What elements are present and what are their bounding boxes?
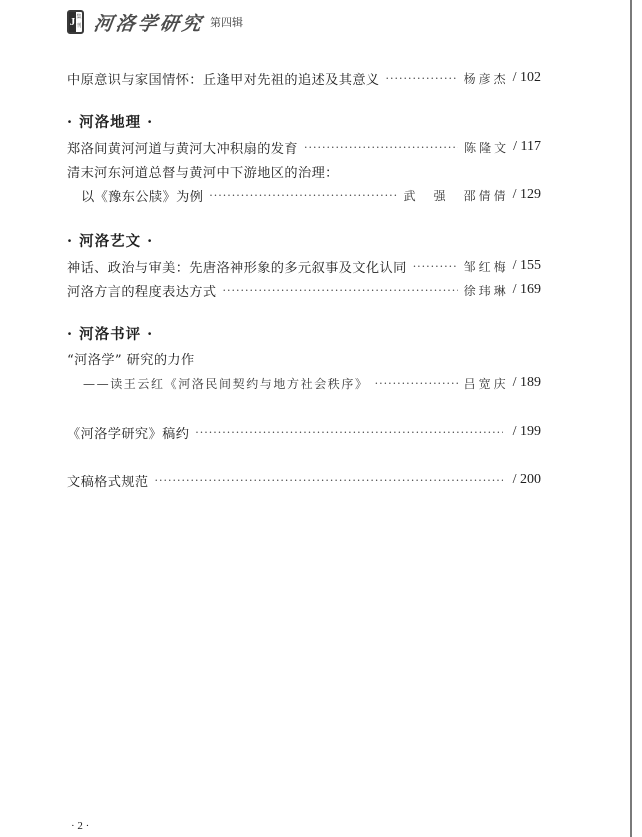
dot-leader bbox=[195, 426, 502, 439]
section-heading: · 河洛地理 · bbox=[67, 111, 153, 131]
entry-page: / 189 bbox=[513, 375, 541, 391]
toc-entry-continuation[interactable]: 以《豫东公牍》为例 武 强 邵倩倩 / 129 bbox=[67, 185, 541, 205]
dot-leader bbox=[155, 474, 503, 487]
entry-title: 郑洛间黄河河道与黄河大冲积扇的发育 bbox=[67, 138, 298, 157]
entry-title: 以《豫东公牍》为例 bbox=[81, 186, 203, 205]
page-edge-rule bbox=[630, 0, 632, 837]
toc-entry[interactable]: 清末河东河道总督与黄河中下游地区的治理： bbox=[67, 161, 541, 181]
entry-author: 邹红梅 bbox=[464, 258, 509, 275]
entry-author: 吕宽庆 bbox=[464, 375, 509, 392]
entry-page: / 102 bbox=[513, 70, 541, 86]
section-heading: · 河洛书评 · bbox=[67, 323, 153, 343]
dot-leader bbox=[304, 141, 458, 154]
entry-author: 徐玮琳 bbox=[464, 282, 509, 299]
toc-entry-format-spec[interactable]: 文稿格式规范 / 200 bbox=[67, 470, 541, 490]
toc-entry[interactable]: “河洛学” 研究的力作 bbox=[67, 348, 541, 368]
logo-sub-char: 刊 bbox=[76, 22, 81, 31]
entry-subtitle: ——读王云红《河洛民间契约与地方社会秩序》 bbox=[83, 375, 369, 392]
page-number: · 2 · bbox=[71, 820, 89, 832]
entry-author: 武 强 邵倩倩 bbox=[404, 187, 509, 204]
entry-title: 中原意识与家国情怀：丘逢甲对先祖的追述及其意义 bbox=[67, 69, 380, 88]
entry-page: / 199 bbox=[513, 424, 541, 440]
toc-entry-subtitle[interactable]: ——读王云红《河洛民间契约与地方社会秩序》 吕宽庆 / 189 bbox=[67, 373, 541, 393]
issue-label: 第四辑 bbox=[210, 14, 243, 30]
toc-entry[interactable]: 河洛方言的程度表达方式 徐玮琳 / 169 bbox=[67, 280, 541, 300]
entry-title: 文稿格式规范 bbox=[67, 471, 149, 490]
dot-leader bbox=[386, 72, 458, 85]
entry-title: 《河洛学研究》稿约 bbox=[67, 423, 189, 442]
logo-sub: 集 刊 bbox=[76, 12, 82, 32]
entry-page: / 117 bbox=[513, 139, 541, 155]
entry-page: / 200 bbox=[513, 472, 541, 488]
toc-entry[interactable]: 郑洛间黄河河道与黄河大冲积扇的发育 陈隆文 / 117 bbox=[67, 137, 541, 157]
entry-author: 陈隆文 bbox=[464, 139, 509, 156]
running-header: J 集 刊 河洛学研究 第四辑 bbox=[67, 9, 243, 35]
dot-leader bbox=[209, 189, 397, 202]
logo-sub-char: 集 bbox=[76, 13, 81, 22]
entry-title: 神话、政治与审美：先唐洛神形象的多元叙事及文化认同 bbox=[67, 257, 407, 276]
entry-page: / 129 bbox=[513, 187, 541, 203]
journal-logo-icon: J 集 刊 bbox=[67, 10, 84, 34]
entry-title: 河洛方言的程度表达方式 bbox=[67, 281, 216, 300]
entry-title: 清末河东河道总督与黄河中下游地区的治理： bbox=[67, 162, 339, 181]
entry-page: / 169 bbox=[513, 282, 541, 298]
entry-page: / 155 bbox=[513, 258, 541, 274]
toc-entry[interactable]: 中原意识与家国情怀：丘逢甲对先祖的追述及其意义 杨彦杰 / 102 bbox=[67, 68, 541, 88]
toc-entry-submission-guidelines[interactable]: 《河洛学研究》稿约 / 199 bbox=[67, 422, 541, 442]
entry-title: “河洛学” 研究的力作 bbox=[67, 349, 195, 368]
dot-leader bbox=[413, 260, 458, 273]
entry-author: 杨彦杰 bbox=[464, 70, 509, 87]
journal-name: 河洛学研究 bbox=[92, 9, 206, 36]
logo-mark: J bbox=[69, 12, 76, 32]
toc-entry[interactable]: 神话、政治与审美：先唐洛神形象的多元叙事及文化认同 邹红梅 / 155 bbox=[67, 256, 541, 276]
dot-leader bbox=[375, 377, 458, 390]
dot-leader bbox=[222, 284, 457, 297]
section-heading: · 河洛艺文 · bbox=[67, 230, 153, 250]
